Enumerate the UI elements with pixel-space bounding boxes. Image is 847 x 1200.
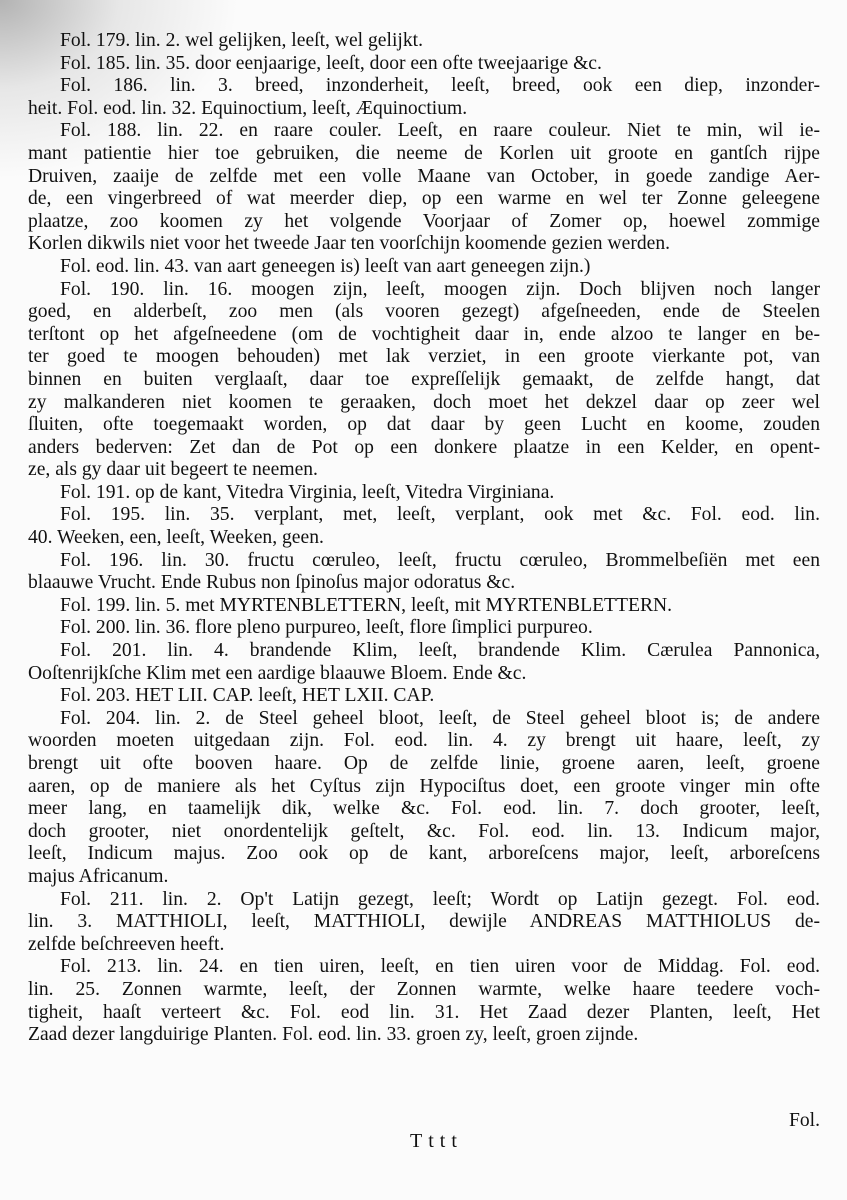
text-line: Fol. 200. lin. 36. flore pleno purpureo,…: [28, 617, 820, 640]
text-line: Fol. 203. HET LII. CAP. leeſt, HET LXII.…: [28, 685, 820, 708]
errata-entry: Fol. 196. lin. 30. fructu cœruleo, leeſt…: [28, 550, 820, 595]
text-line: Fol. 186. lin. 3. breed, inzonderheit, l…: [28, 75, 820, 98]
errata-entry: Fol. 188. lin. 22. en raare couler. Leeſ…: [28, 120, 820, 256]
errata-entry: Fol. 190. lin. 16. moogen zijn, leeſt, m…: [28, 279, 820, 482]
text-line: Fol. 213. lin. 24. en tien uiren, leeſt,…: [28, 956, 820, 979]
text-line: Fol. 195. lin. 35. verplant, met, leeſt,…: [28, 504, 820, 527]
errata-entry: Fol. 203. HET LII. CAP. leeſt, HET LXII.…: [28, 685, 820, 708]
errata-entry: Fol. 201. lin. 4. brandende Klim, leeſt,…: [28, 640, 820, 685]
text-line: Fol. 199. lin. 5. met MYRTENBLETTERN, le…: [28, 595, 820, 618]
text-line: Fol. 190. lin. 16. moogen zijn, leeſt, m…: [28, 279, 820, 302]
text-line: tigheit, haaſt verteert &c. Fol. eod lin…: [28, 1002, 820, 1025]
errata-entry: Fol. 199. lin. 5. met MYRTENBLETTERN, le…: [28, 595, 820, 618]
text-line: lin. 25. Zonnen warmte, leeſt, der Zonne…: [28, 979, 820, 1002]
text-line: mant patientie hier toe gebruiken, die n…: [28, 143, 820, 166]
text-line: plaatze, zoo koomen zy het volgende Voor…: [28, 211, 820, 234]
text-line: terſtont op het afgeſneedene (om de voch…: [28, 324, 820, 347]
text-line: goed, en alderbeſt, zoo men (als vooren …: [28, 301, 820, 324]
text-line: brengt uit ofte booven haare. Op de zelf…: [28, 753, 820, 776]
text-line: blaauwe Vrucht. Ende Rubus non ſpinoſus …: [28, 572, 820, 595]
text-line: Fol. 201. lin. 4. brandende Klim, leeſt,…: [28, 640, 820, 663]
text-line: Fol. 188. lin. 22. en raare couler. Leeſ…: [28, 120, 820, 143]
errata-entry: Fol. 200. lin. 36. flore pleno purpureo,…: [28, 617, 820, 640]
errata-entry: Fol. 191. op de kant, Vitedra Virginia, …: [28, 482, 820, 505]
errata-entry: Fol. 179. lin. 2. wel gelijken, leeſt, w…: [28, 30, 820, 53]
text-line: leeſt, Indicum majus. Zoo ook op de kant…: [28, 843, 820, 866]
signature-mark: Tttt: [410, 1130, 463, 1153]
text-line: Fol. 185. lin. 35. door eenjaarige, leeſ…: [28, 53, 820, 76]
errata-entry: Fol. 186. lin. 3. breed, inzonderheit, l…: [28, 75, 820, 120]
text-line: Korlen dikwils niet voor het tweede Jaar…: [28, 233, 820, 256]
errata-entry: Fol. 185. lin. 35. door eenjaarige, leeſ…: [28, 53, 820, 76]
errata-entry: Fol. eod. lin. 43. van aart geneegen is)…: [28, 256, 820, 279]
text-line: heit. Fol. eod. lin. 32. Equinoctium, le…: [28, 98, 820, 121]
text-line: Druiven, zaaije de zelfde met een volle …: [28, 166, 820, 189]
errata-text: Fol. 179. lin. 2. wel gelijken, leeſt, w…: [28, 30, 820, 1047]
text-line: doch grooter, niet onordentelijk geſtelt…: [28, 821, 820, 844]
catchword: Fol.: [789, 1110, 820, 1132]
text-line: 40. Weeken, een, leeſt, Weeken, geen.: [28, 527, 820, 550]
errata-entry: Fol. 204. lin. 2. de Steel geheel bloot,…: [28, 708, 820, 889]
text-line: zelfde beſchreeven heeft.: [28, 934, 820, 957]
text-line: de, een vingerbreed of wat meerder diep,…: [28, 188, 820, 211]
text-line: ſluiten, ofte toegemaakt worden, op dat …: [28, 414, 820, 437]
text-line: anders bederven: Zet dan de Pot op een d…: [28, 437, 820, 460]
text-line: Ooſtenrijkſche Klim met een aardige blaa…: [28, 663, 820, 686]
text-line: Fol. eod. lin. 43. van aart geneegen is)…: [28, 256, 820, 279]
text-line: ter goed te moogen behouden) met lak ver…: [28, 346, 820, 369]
text-line: meer lang, en taamelijk dik, welke &c. F…: [28, 798, 820, 821]
text-line: Fol. 179. lin. 2. wel gelijken, leeſt, w…: [28, 30, 820, 53]
text-line: majus Africanum.: [28, 866, 820, 889]
text-line: Fol. 196. lin. 30. fructu cœruleo, leeſt…: [28, 550, 820, 573]
text-line: woorden moeten uitgedaan zijn. Fol. eod.…: [28, 730, 820, 753]
text-line: lin. 3. MATTHIOLI, leeſt, MATTHIOLI, dew…: [28, 911, 820, 934]
text-line: Fol. 204. lin. 2. de Steel geheel bloot,…: [28, 708, 820, 731]
errata-entry: Fol. 213. lin. 24. en tien uiren, leeſt,…: [28, 956, 820, 1046]
text-line: zy malkanderen niet koomen te geraaken, …: [28, 392, 820, 415]
errata-entry: Fol. 211. lin. 2. Op't Latijn gezegt, le…: [28, 889, 820, 957]
text-line: Fol. 191. op de kant, Vitedra Virginia, …: [28, 482, 820, 505]
text-line: aaren, op de maniere als het Cyſtus zijn…: [28, 776, 820, 799]
errata-entry: Fol. 195. lin. 35. verplant, met, leeſt,…: [28, 504, 820, 549]
text-line: binnen en buiten verglaaſt, daar toe exp…: [28, 369, 820, 392]
text-line: ze, als gy daar uit begeert te neemen.: [28, 459, 820, 482]
text-line: Zaad dezer langduirige Planten. Fol. eod…: [28, 1024, 820, 1047]
text-line: Fol. 211. lin. 2. Op't Latijn gezegt, le…: [28, 889, 820, 912]
